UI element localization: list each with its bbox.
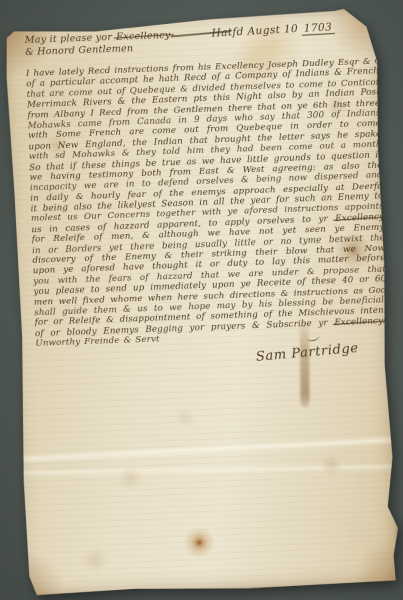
struck-word: Excellencys xyxy=(334,316,388,328)
photo-background: May it please yorExcellency & Honord Gen… xyxy=(0,0,403,600)
signature-flourish xyxy=(307,332,320,342)
letter-paper: May it please yorExcellency & Honord Gen… xyxy=(0,7,400,598)
dateline: Hatfd Augst 10 1703 xyxy=(212,21,335,39)
paper-sheet: May it please yorExcellency & Honord Gen… xyxy=(0,7,400,598)
dateline-year: 1703 xyxy=(302,21,335,36)
struck-word: Excellency xyxy=(335,212,384,224)
dateline-place: Hatfd xyxy=(212,26,245,40)
salutation: May it please yorExcellency & Honord Gen… xyxy=(25,30,171,59)
letter-body: I have lately Recd instructions from his… xyxy=(26,57,389,350)
dateline-month-day: Augst 10 xyxy=(248,23,299,38)
salutation-struck-word: Excellency xyxy=(116,30,171,43)
